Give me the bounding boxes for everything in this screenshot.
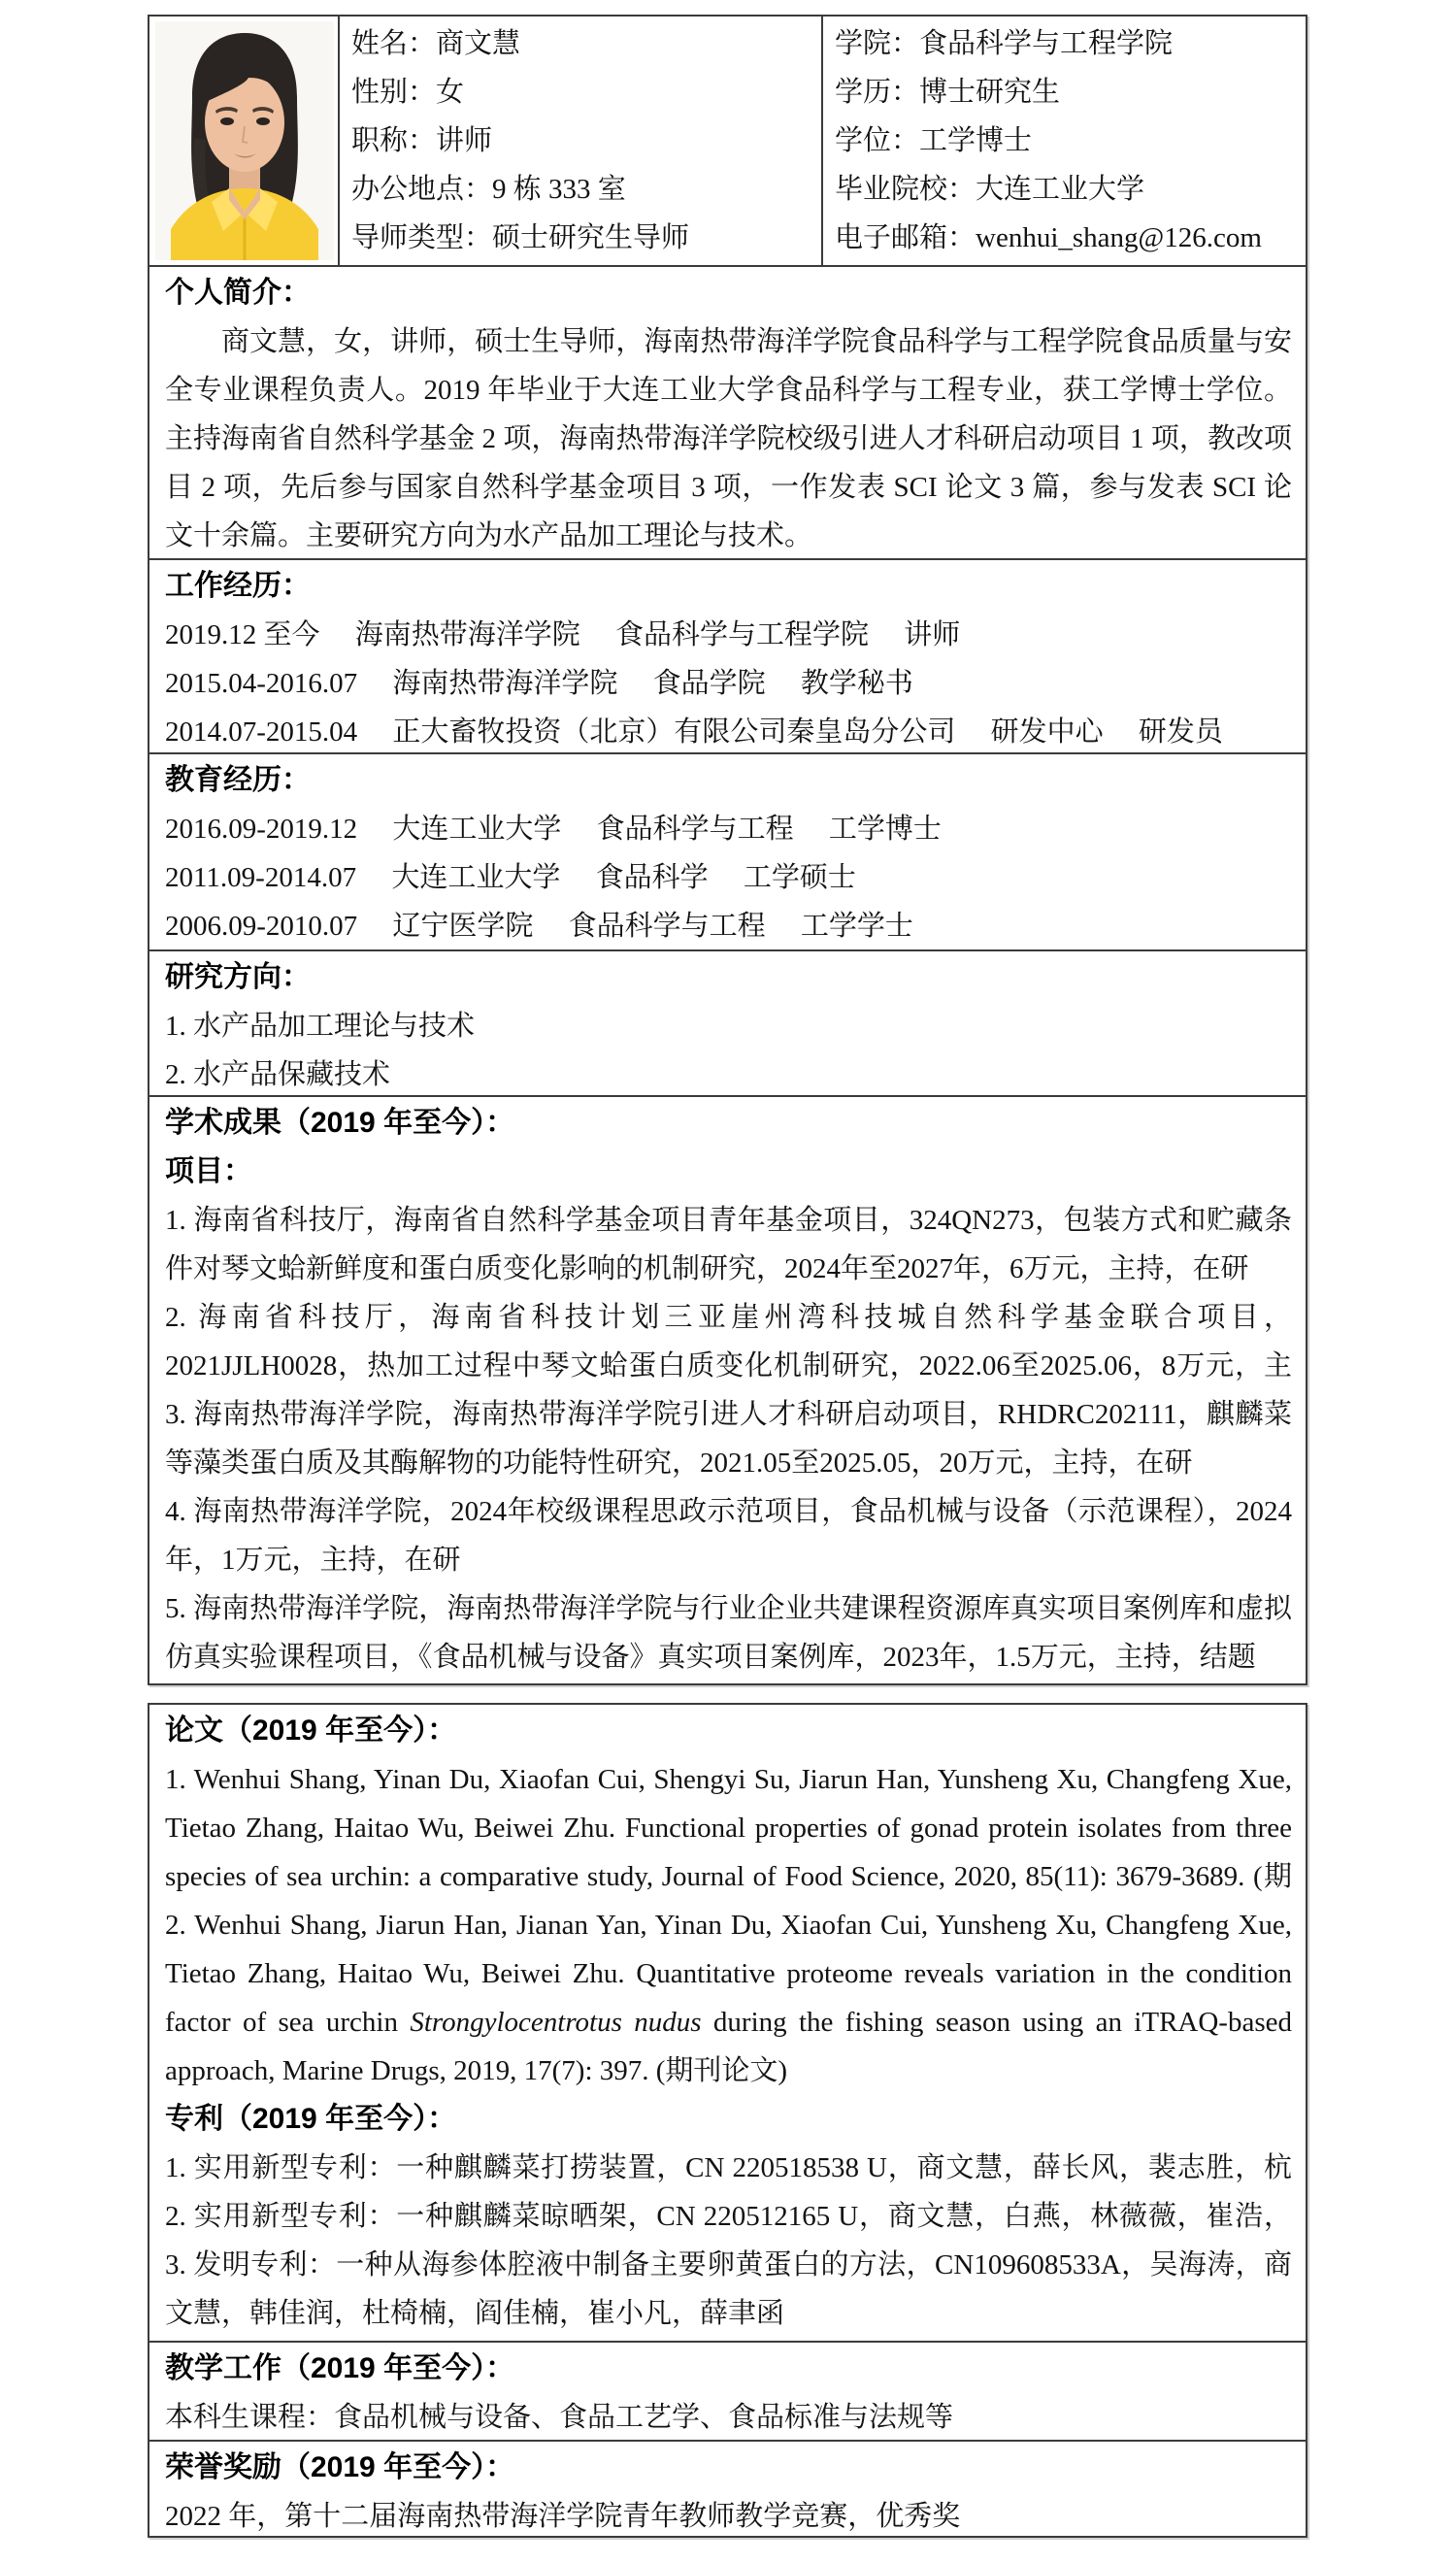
bio-title: 个人简介： <box>165 269 1292 317</box>
field-college: 学院：食品科学与工程学院 <box>835 19 1306 68</box>
info-left-cell: 姓名：商文慧 性别：女 职称：讲师 办公地点：9 栋 333 室 导师类型：硕士… <box>340 17 823 265</box>
section-teaching: 教学工作（2019 年至今）： 本科生课程：食品机械与设备、食品工艺学、食品标准… <box>149 2341 1306 2440</box>
info-right-cell: 学院：食品科学与工程学院 学历：博士研究生 学位：工学博士 毕业院校：大连工业大… <box>823 17 1306 265</box>
field-office: 办公地点：9 栋 333 室 <box>351 165 821 214</box>
project-item: 3. 海南热带海洋学院，海南热带海洋学院引进人才科研启动项目，RHDRC2021… <box>165 1390 1292 1487</box>
work-item: 2014.07-2015.04 正大畜牧投资（北京）有限公司秦皇岛分公司 研发中… <box>165 708 1292 752</box>
section-honors: 荣誉奖励（2019 年至今）： 2022 年，第十二届海南热带海洋学院青年教师教… <box>149 2440 1306 2536</box>
section-education: 教育经历： 2016.09-2019.12 大连工业大学 食品科学与工程 工学博… <box>149 752 1306 949</box>
work-item: 2019.12 至今 海南热带海洋学院 食品科学与工程学院 讲师 <box>165 611 1292 659</box>
honors-item: 2022 年，第十二届海南热带海洋学院青年教师教学竞赛，优秀奖 <box>165 2492 1292 2536</box>
field-name: 姓名：商文慧 <box>351 19 821 68</box>
project-item: 1. 海南省科技厅，海南省自然科学基金项目青年基金项目，324QN273，包装方… <box>165 1196 1292 1293</box>
bio-paragraph: 商文慧，女，讲师，硕士生导师，海南热带海洋学院食品科学与工程学院食品质量与安全专… <box>165 317 1292 558</box>
teaching-title: 教学工作（2019 年至今）： <box>165 2345 1292 2393</box>
education-item: 2011.09-2014.07 大连工业大学 食品科学 工学硕士 <box>165 853 1292 902</box>
section-work: 工作经历： 2019.12 至今 海南热带海洋学院 食品科学与工程学院 讲师 2… <box>149 558 1306 752</box>
project-item: 2. 海南省科技厅，海南省科技计划三亚崖州湾科技城自然科学基金联合项目，2021… <box>165 1293 1292 1390</box>
teaching-courses: 本科生课程：食品机械与设备、食品工艺学、食品标准与法规等 <box>165 2393 1292 2440</box>
section-papers-patents: 论文（2019 年至今）： 1. Wenhui Shang, Yinan Du,… <box>149 1705 1306 2341</box>
research-item: 1. 水产品加工理论与技术 <box>165 1002 1292 1050</box>
paper-species-italic: Strongylocentrotus nudus <box>410 2007 701 2038</box>
section-research: 研究方向： 1. 水产品加工理论与技术 2. 水产品保藏技术 <box>149 949 1306 1095</box>
field-degree: 学位：工学博士 <box>835 116 1306 165</box>
patent-item: 3. 发明专利：一种从海参体腔液中制备主要卵黄蛋白的方法，CN109608533… <box>165 2241 1292 2338</box>
paper-item: 1. Wenhui Shang, Yinan Du, Xiaofan Cui, … <box>165 1755 1292 1901</box>
section-bio: 个人简介： 商文慧，女，讲师，硕士生导师，海南热带海洋学院食品科学与工程学院食品… <box>149 265 1306 558</box>
work-title: 工作经历： <box>165 562 1292 611</box>
research-item: 2. 水产品保藏技术 <box>165 1050 1292 1095</box>
paper-item: 2. Wenhui Shang, Jiarun Han, Jianan Yan,… <box>165 1901 1292 2095</box>
paper-text: 1. Wenhui Shang, Yinan Du, Xiaofan Cui, … <box>165 1764 1292 1901</box>
project-item: 4. 海南热带海洋学院，2024年校级课程思政示范项目，食品机械与设备（示范课程… <box>165 1487 1292 1584</box>
education-item: 2006.09-2010.07 辽宁医学院 食品科学与工程 工学学士 <box>165 902 1292 949</box>
field-title: 职称：讲师 <box>351 116 821 165</box>
achievements-title: 学术成果（2019 年至今）： <box>165 1099 1292 1148</box>
section-achievements: 学术成果（2019 年至今）： 项目： 1. 海南省科技厅，海南省自然科学基金项… <box>149 1095 1306 1683</box>
field-mentor-type: 导师类型：硕士研究生导师 <box>351 214 821 262</box>
papers-title: 论文（2019 年至今）： <box>165 1707 1292 1755</box>
profile-table-block-2: 论文（2019 年至今）： 1. Wenhui Shang, Yinan Du,… <box>148 1703 1307 2538</box>
profile-table-block-1: 姓名：商文慧 性别：女 职称：讲师 办公地点：9 栋 333 室 导师类型：硕士… <box>148 15 1307 1685</box>
patents-title: 专利（2019 年至今）： <box>165 2095 1292 2144</box>
research-title: 研究方向： <box>165 953 1292 1002</box>
education-title: 教育经历： <box>165 756 1292 805</box>
project-item: 5. 海南热带海洋学院，海南热带海洋学院与行业企业共建课程资源库真实项目案例库和… <box>165 1584 1292 1681</box>
photo-cell <box>149 17 340 265</box>
field-email: 电子邮箱：wenhui_shang@126.com <box>835 214 1306 262</box>
field-gender: 性别：女 <box>351 68 821 116</box>
patent-item: 2. 实用新型专利：一种麒麟菜晾晒架，CN 220512165 U，商文慧，白燕… <box>165 2192 1292 2241</box>
patent-item: 1. 实用新型专利：一种麒麟菜打捞装置，CN 220518538 U，商文慧，薛… <box>165 2144 1292 2192</box>
header-row: 姓名：商文慧 性别：女 职称：讲师 办公地点：9 栋 333 室 导师类型：硕士… <box>149 17 1306 265</box>
education-item: 2016.09-2019.12 大连工业大学 食品科学与工程 工学博士 <box>165 805 1292 853</box>
projects-title: 项目： <box>165 1148 1292 1196</box>
honors-title: 荣誉奖励（2019 年至今）： <box>165 2444 1292 2492</box>
profile-photo <box>155 21 334 260</box>
field-graduated-from: 毕业院校：大连工业大学 <box>835 165 1306 214</box>
field-education-level: 学历：博士研究生 <box>835 68 1306 116</box>
work-item: 2015.04-2016.07 海南热带海洋学院 食品学院 教学秘书 <box>165 659 1292 708</box>
